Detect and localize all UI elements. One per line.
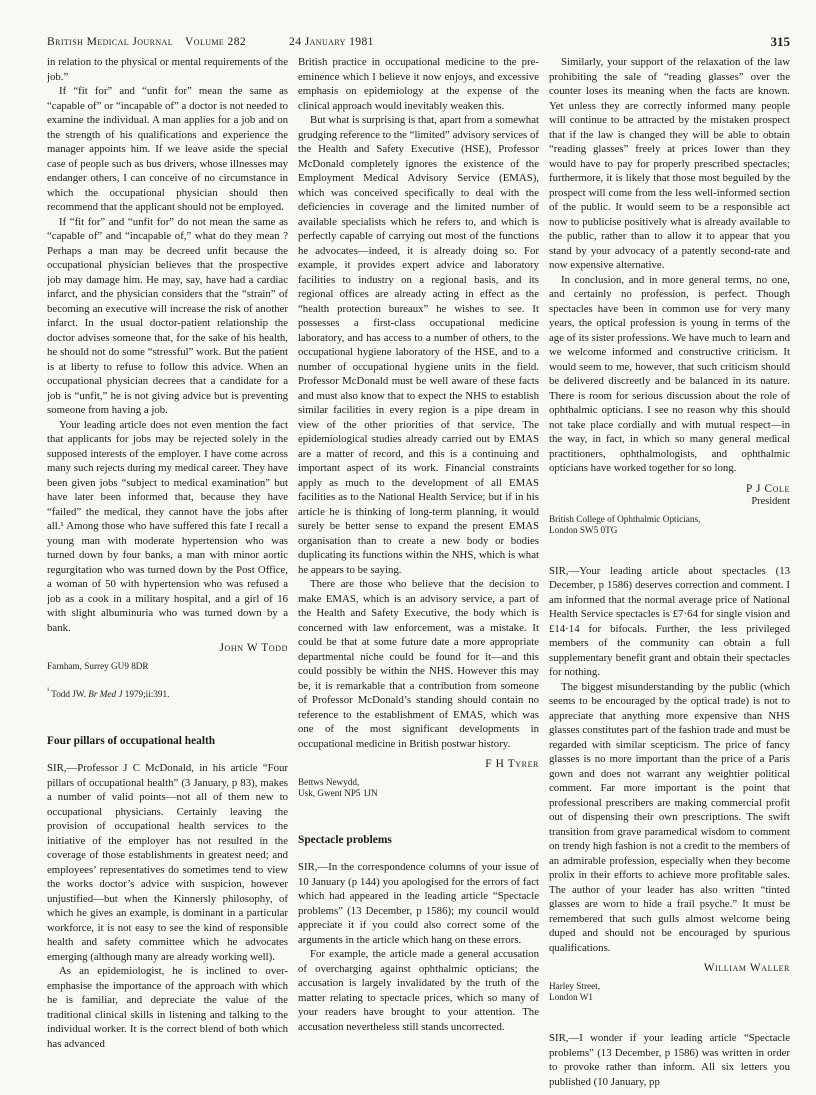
letter-signature: William Waller — [549, 962, 790, 975]
text-columns: in relation to the physical or mental re… — [47, 55, 790, 1090]
journal-page: British Medical JournalVolume 282 24 Jan… — [0, 0, 816, 1095]
letter-paragraph: SIR,—Professor J C McDonald, in his arti… — [47, 761, 288, 964]
letter-heading: Spectacle problems — [298, 833, 539, 847]
column-3: Similarly, your support of the relaxatio… — [549, 55, 790, 1090]
letter-paragraph: As an epidemiologist, he is inclined to … — [47, 964, 288, 1051]
letter-paragraph: The biggest misunderstanding by the publ… — [549, 680, 790, 956]
letter-paragraph: SIR,—I wonder if your leading article “S… — [549, 1031, 790, 1089]
signature-title: President — [549, 496, 790, 508]
journal-title: British Medical Journal — [47, 35, 173, 48]
letter-paragraph: In conclusion, and in more general terms… — [549, 273, 790, 476]
letter-paragraph: But what is surprising is that, apart fr… — [298, 113, 539, 577]
letter-signature: John W Todd — [47, 642, 288, 655]
letter-paragraph: in relation to the physical or mental re… — [47, 55, 288, 84]
column-1: in relation to the physical or mental re… — [47, 55, 288, 1090]
page-number: 315 — [771, 34, 791, 50]
letter-address: Bettws Newydd, Usk, Gwent NP5 1JN — [298, 777, 539, 799]
reference-authors: Todd JW. — [51, 689, 88, 699]
issue-date: 24 January 1981 — [289, 35, 374, 48]
page-header: British Medical JournalVolume 282 24 Jan… — [47, 35, 790, 51]
letter-paragraph: If “fit for” and “unfit for” do not mean… — [47, 215, 288, 418]
letter-paragraph: SIR,—Your leading article about spectacl… — [549, 564, 790, 680]
letter-address: Farnham, Surrey GU9 8DR — [47, 661, 288, 672]
reference-entry: ¹ Todd JW. Br Med J 1979;ii:391. — [47, 685, 288, 700]
letter-address: British College of Ophthalmic Opticians,… — [549, 514, 790, 536]
letter-paragraph: Your leading article does not even menti… — [47, 418, 288, 636]
letter-paragraph: SIR,—In the correspondence columns of yo… — [298, 860, 539, 947]
letter-signature: F H Tyrer — [298, 758, 539, 771]
letter-paragraph: Similarly, your support of the relaxatio… — [549, 55, 790, 273]
letter-heading: Four pillars of occupational health — [47, 734, 288, 748]
letter-signature: P J Cole — [549, 483, 790, 496]
letter-paragraph: For example, the article made a general … — [298, 947, 539, 1034]
reference-journal: Br Med J — [88, 689, 122, 699]
volume-label: Volume 282 — [185, 35, 246, 48]
letter-paragraph: There are those who believe that the dec… — [298, 577, 539, 751]
column-2: British practice in occupational medicin… — [298, 55, 539, 1090]
reference-citation: 1979;ii:391. — [122, 689, 169, 699]
letter-paragraph: British practice in occupational medicin… — [298, 55, 539, 113]
letter-paragraph: If “fit for” and “unfit for” mean the sa… — [47, 84, 288, 215]
letter-address: Harley Street, London W1 — [549, 981, 790, 1003]
